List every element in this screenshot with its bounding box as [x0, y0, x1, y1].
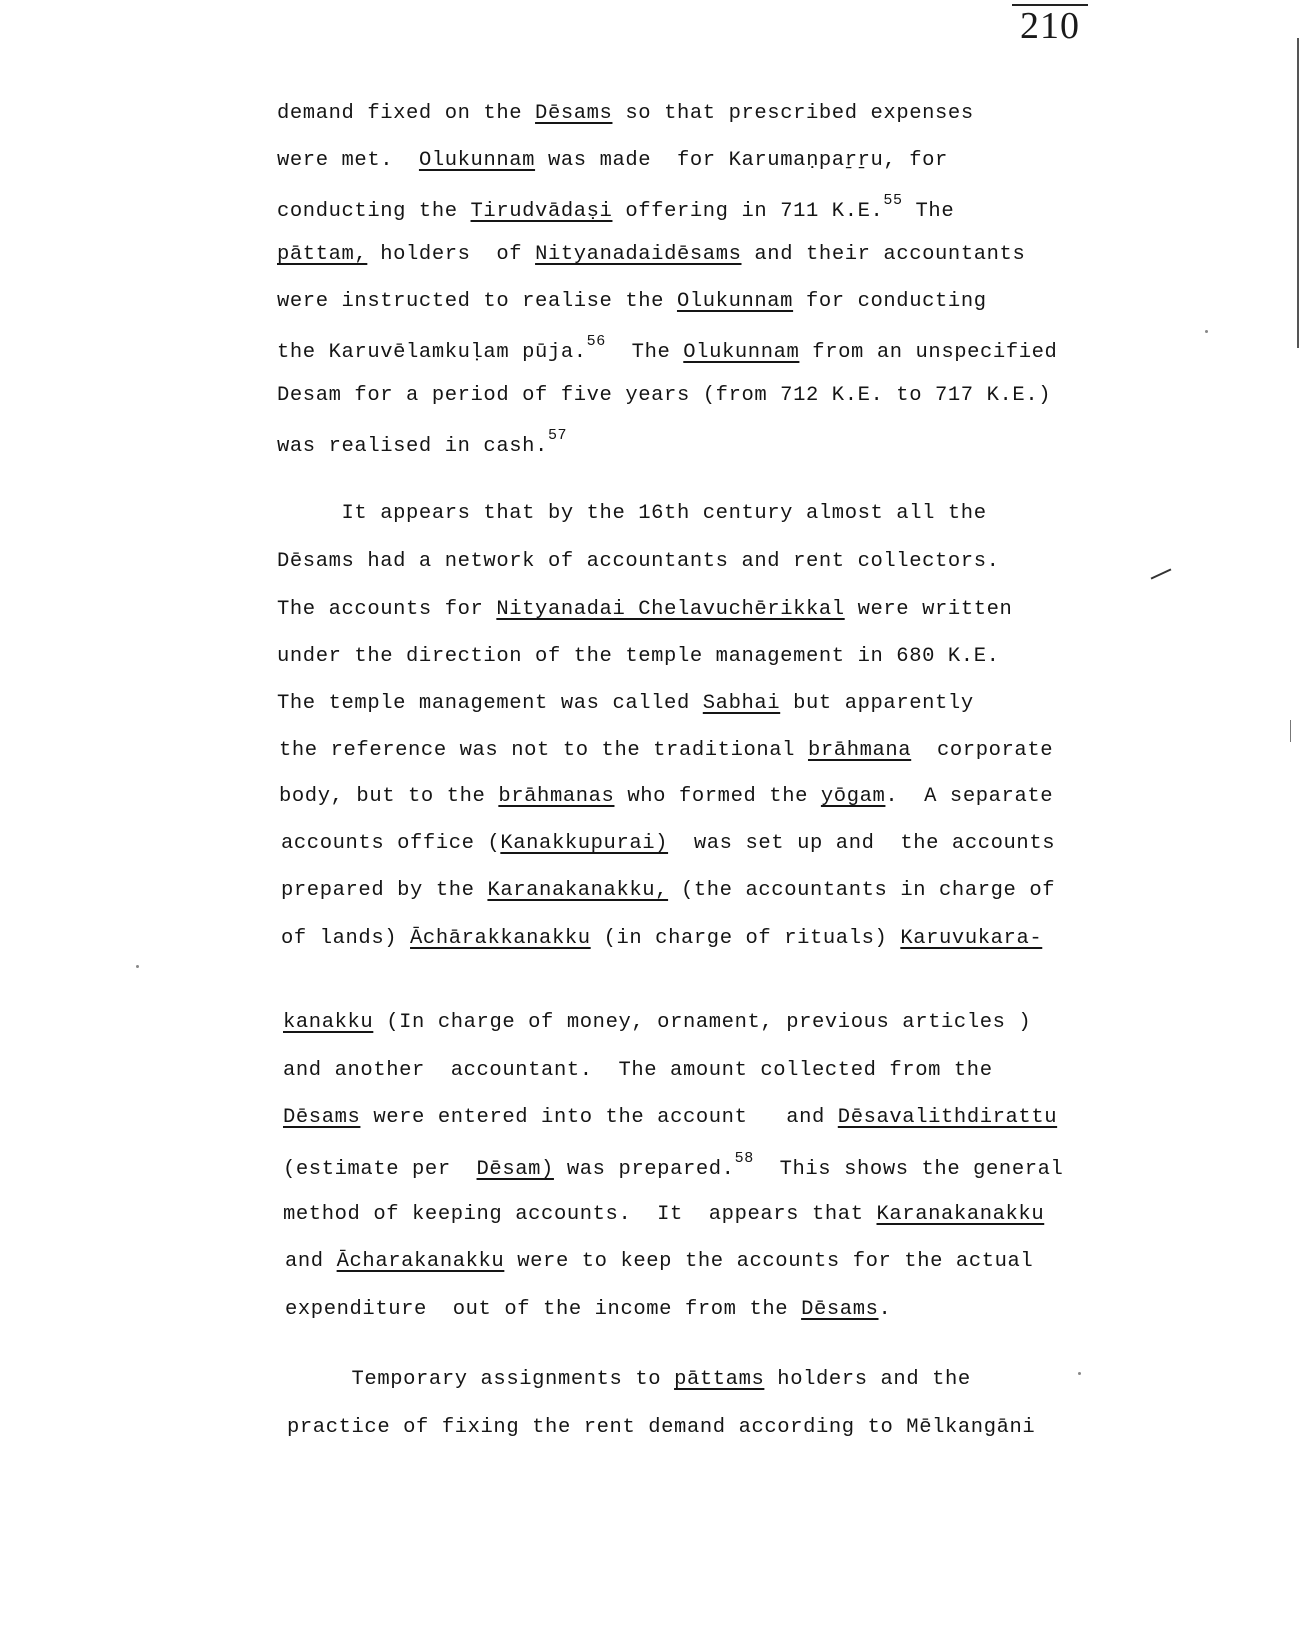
text-line: were met. Olukunnam was made for Karumaṇ…	[277, 149, 948, 172]
text-run: were to keep the accounts for the actual	[504, 1250, 1033, 1273]
speck	[136, 965, 139, 968]
underlined-term: pāttams	[674, 1368, 764, 1391]
text-run: (estimate per	[283, 1158, 477, 1181]
margin-tick	[1290, 720, 1291, 742]
footnote-ref: 57	[548, 427, 567, 444]
text-line: the Karuvēlamkuḷam pūja.56 The Olukunnam…	[277, 337, 1057, 364]
text-run: Temporary assignments to	[287, 1368, 674, 1391]
text-run: was set up and the accounts	[668, 832, 1055, 855]
text-run: under the direction of the temple manage…	[277, 645, 1000, 668]
text-line: Temporary assignments to pāttams holders…	[287, 1368, 971, 1391]
underlined-term: Dēsavalithdirattu	[838, 1106, 1057, 1129]
text-line: kanakku (In charge of money, ornament, p…	[283, 1011, 1031, 1034]
text-line: and another accountant. The amount colle…	[283, 1059, 993, 1082]
page-number: 210	[1012, 4, 1088, 46]
text-run: .	[879, 1298, 892, 1321]
text-run: This shows the general	[754, 1158, 1064, 1181]
text-run: holders of	[367, 243, 535, 266]
text-run: demand fixed on the	[277, 102, 535, 125]
text-run: method of keeping accounts. It appears t…	[283, 1203, 877, 1226]
text-run: of lands)	[281, 927, 410, 950]
text-run: . A separate	[885, 785, 1053, 808]
text-line: expenditure out of the income from the D…	[285, 1298, 891, 1321]
underlined-term: Āchārakkanakku	[410, 927, 591, 950]
text-run: and their accountants	[742, 243, 1026, 266]
text-run: who formed the	[614, 785, 820, 808]
underlined-term: kanakku	[283, 1011, 373, 1034]
text-run: were instructed to realise the	[277, 290, 677, 313]
text-run: from an unspecified	[799, 341, 1057, 364]
text-line: prepared by the Karanakanakku, (the acco…	[281, 879, 1055, 902]
text-run: body, but to the	[279, 785, 498, 808]
text-run: The temple management was called	[277, 692, 703, 715]
text-run: was prepared.	[554, 1158, 735, 1181]
underlined-term: Nityanadai Chelavuchērikkal	[496, 598, 844, 621]
underlined-term: pāttam,	[277, 243, 367, 266]
underlined-term: Karanakanakku,	[487, 879, 668, 902]
text-run: the reference was not to the traditional	[279, 739, 808, 762]
text-line: method of keeping accounts. It appears t…	[283, 1203, 1044, 1226]
document-page: 210 demand fixed on the Dēsams so that p…	[0, 0, 1299, 1641]
speck	[1205, 330, 1208, 333]
underlined-term: Dēsams	[283, 1106, 360, 1129]
text-run: The	[903, 200, 955, 223]
speck	[1078, 1372, 1081, 1375]
text-run: Dēsams had a network of accountants and …	[277, 550, 1000, 573]
text-line: of lands) Āchārakkanakku (in charge of r…	[281, 927, 1042, 950]
underlined-term: Karuvukara-	[900, 927, 1042, 950]
text-line: conducting the Tirudvādaṣi offering in 7…	[277, 196, 954, 223]
text-run: accounts office (	[281, 832, 500, 855]
text-line: was realised in cash.57	[277, 431, 567, 458]
underlined-term: brāhmana	[808, 739, 911, 762]
footnote-ref: 55	[883, 192, 902, 209]
text-line: Dēsams were entered into the account and…	[283, 1106, 1057, 1129]
text-run: The	[606, 341, 683, 364]
text-line: The temple management was called Sabhai …	[277, 692, 974, 715]
text-line: Dēsams had a network of accountants and …	[277, 550, 1000, 573]
text-run: prepared by the	[281, 879, 487, 902]
underlined-term: Olukunnam	[683, 341, 799, 364]
underlined-term: Ācharakanakku	[337, 1250, 505, 1273]
underlined-term: Olukunnam	[677, 290, 793, 313]
text-line: under the direction of the temple manage…	[277, 645, 1000, 668]
text-run: expenditure out of the income from the	[285, 1298, 801, 1321]
text-run: for conducting	[793, 290, 987, 313]
text-line: The accounts for Nityanadai Chelavuchēri…	[277, 598, 1012, 621]
underlined-term: Dēsams	[535, 102, 612, 125]
footnote-ref: 56	[587, 333, 606, 350]
underlined-term: Dēsam)	[477, 1158, 554, 1181]
text-run: offering in 711 K.E.	[612, 200, 883, 223]
underlined-term: Dēsams	[801, 1298, 878, 1321]
text-line: practice of fixing the rent demand accor…	[287, 1416, 1035, 1439]
underlined-term: Nityanadaidēsams	[535, 243, 741, 266]
text-line: pāttam, holders of Nityanadaidēsams and …	[277, 243, 1025, 266]
text-line: Desam for a period of five years (from 7…	[277, 384, 1051, 407]
underlined-term: yōgam	[821, 785, 886, 808]
text-line: demand fixed on the Dēsams so that presc…	[277, 102, 974, 125]
underlined-term: Sabhai	[703, 692, 780, 715]
text-run: (In charge of money, ornament, previous …	[373, 1011, 1031, 1034]
text-run: the Karuvēlamkuḷam pūja.	[277, 341, 587, 364]
text-run: (the accountants in charge of	[668, 879, 1055, 902]
text-run: was made for Karumaṇpaṟṟu, for	[535, 149, 948, 172]
text-run: conducting the	[277, 200, 471, 223]
text-run: practice of fixing the rent demand accor…	[287, 1416, 1035, 1439]
text-run: but apparently	[780, 692, 974, 715]
underlined-term: brāhmanas	[498, 785, 614, 808]
text-line: accounts office (Kanakkupurai) was set u…	[281, 832, 1055, 855]
text-line: body, but to the brāhmanas who formed th…	[279, 785, 1053, 808]
text-run: corporate	[911, 739, 1053, 762]
text-run: (in charge of rituals)	[591, 927, 901, 950]
text-run: so that prescribed expenses	[612, 102, 973, 125]
underlined-term: Tirudvādaṣi	[471, 200, 613, 223]
margin-check-mark	[1151, 568, 1172, 579]
text-line: were instructed to realise the Olukunnam…	[277, 290, 987, 313]
footnote-ref: 58	[735, 1150, 754, 1167]
text-line: (estimate per Dēsam) was prepared.58 Thi…	[283, 1154, 1063, 1181]
text-run: and	[285, 1250, 337, 1273]
text-run: were met.	[277, 149, 419, 172]
text-run: Desam for a period of five years (from 7…	[277, 384, 1051, 407]
text-line: and Ācharakanakku were to keep the accou…	[285, 1250, 1033, 1273]
text-run: were entered into the account and	[360, 1106, 837, 1129]
underlined-term: Karanakanakku	[877, 1203, 1045, 1226]
text-line: It appears that by the 16th century almo…	[277, 502, 987, 525]
text-run: holders and the	[764, 1368, 970, 1391]
text-run: and another accountant. The amount colle…	[283, 1059, 993, 1082]
underlined-term: Olukunnam	[419, 149, 535, 172]
text-run: were written	[845, 598, 1013, 621]
text-run: It appears that by the 16th century almo…	[277, 502, 987, 525]
text-run: was realised in cash.	[277, 435, 548, 458]
underlined-term: Kanakkupurai)	[500, 832, 668, 855]
text-run: The accounts for	[277, 598, 496, 621]
text-line: the reference was not to the traditional…	[279, 739, 1053, 762]
